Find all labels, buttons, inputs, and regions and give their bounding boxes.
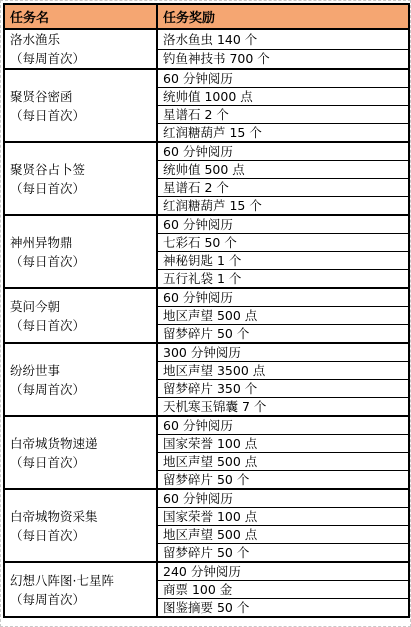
- reward-cell: 五行礼袋 1 个: [157, 270, 409, 289]
- task-name: 白帝城物资采集: [10, 507, 151, 526]
- reward-cell: 图鉴摘要 50 个: [157, 599, 409, 618]
- reward-cell: 红润糖葫芦 15 个: [157, 197, 409, 216]
- reward-cell: 地区声望 500 点: [157, 453, 409, 471]
- task-name: 聚贤谷密函: [10, 87, 151, 106]
- reward-cell: 统帅值 1000 点: [157, 88, 409, 106]
- table-row: 纷纷世事（每周首次）300 分钟阅历: [4, 343, 409, 362]
- reward-cell: 钓鱼神技书 700 个: [157, 49, 409, 69]
- task-frequency: （每周首次）: [10, 380, 151, 399]
- task-name-cell: 白帝城物资采集（每日首次）: [4, 489, 157, 562]
- task-name-cell: 神州异物鼎（每日首次）: [4, 215, 157, 288]
- reward-cell: 留梦碎片 50 个: [157, 325, 409, 344]
- task-frequency: （每日首次）: [10, 106, 151, 125]
- reward-cell: 国家荣誉 100 点: [157, 435, 409, 453]
- header-row: 任务名 任务奖励: [4, 4, 409, 29]
- task-frequency: （每日首次）: [10, 316, 151, 335]
- task-name: 莫问今朝: [10, 297, 151, 316]
- task-frequency: （每日首次）: [10, 453, 151, 472]
- header-task-reward: 任务奖励: [157, 4, 409, 29]
- reward-cell: 洛水鱼虫 140 个: [157, 29, 409, 49]
- reward-cell: 红润糖葫芦 15 个: [157, 124, 409, 143]
- task-reward-table: 任务名 任务奖励 洛水渔乐（每周首次）洛水鱼虫 140 个钓鱼神技书 700 个…: [3, 3, 410, 618]
- task-name-cell: 莫问今朝（每日首次）: [4, 288, 157, 343]
- task-name-cell: 白帝城货物速递（每日首次）: [4, 416, 157, 489]
- reward-cell: 天机寒玉锦囊 7 个: [157, 398, 409, 417]
- reward-cell: 300 分钟阅历: [157, 343, 409, 362]
- task-name-cell: 聚贤谷密函（每日首次）: [4, 69, 157, 142]
- task-name-cell: 纷纷世事（每周首次）: [4, 343, 157, 416]
- table-row: 白帝城物资采集（每日首次）60 分钟阅历: [4, 489, 409, 508]
- reward-cell: 星谱石 2 个: [157, 106, 409, 124]
- table-row: 聚贤谷密函（每日首次）60 分钟阅历: [4, 69, 409, 88]
- reward-cell: 60 分钟阅历: [157, 215, 409, 234]
- header-task-name: 任务名: [4, 4, 157, 29]
- reward-cell: 国家荣誉 100 点: [157, 508, 409, 526]
- reward-cell: 地区声望 500 点: [157, 526, 409, 544]
- reward-cell: 留梦碎片 350 个: [157, 380, 409, 398]
- task-name-cell: 聚贤谷占卜签（每日首次）: [4, 142, 157, 215]
- reward-cell: 60 分钟阅历: [157, 489, 409, 508]
- reward-cell: 60 分钟阅历: [157, 288, 409, 307]
- table-row: 洛水渔乐（每周首次）洛水鱼虫 140 个: [4, 29, 409, 49]
- reward-cell: 60 分钟阅历: [157, 416, 409, 435]
- table-row: 聚贤谷占卜签（每日首次）60 分钟阅历: [4, 142, 409, 161]
- reward-cell: 七彩石 50 个: [157, 234, 409, 252]
- reward-cell: 留梦碎片 50 个: [157, 471, 409, 490]
- task-frequency: （每日首次）: [10, 179, 151, 198]
- task-name: 洛水渔乐: [10, 30, 151, 49]
- reward-cell: 240 分钟阅历: [157, 562, 409, 581]
- task-name: 神州异物鼎: [10, 233, 151, 252]
- task-frequency: （每日首次）: [10, 526, 151, 545]
- screenshot-canvas: 任务名 任务奖励 洛水渔乐（每周首次）洛水鱼虫 140 个钓鱼神技书 700 个…: [0, 0, 411, 627]
- task-frequency: （每周首次）: [10, 590, 151, 609]
- table-row: 莫问今朝（每日首次）60 分钟阅历: [4, 288, 409, 307]
- task-frequency: （每周首次）: [10, 49, 151, 68]
- reward-cell: 统帅值 500 点: [157, 161, 409, 179]
- reward-cell: 星谱石 2 个: [157, 179, 409, 197]
- task-name: 聚贤谷占卜签: [10, 160, 151, 179]
- table-row: 神州异物鼎（每日首次）60 分钟阅历: [4, 215, 409, 234]
- reward-cell: 神秘钥匙 1 个: [157, 252, 409, 270]
- task-table-body: 洛水渔乐（每周首次）洛水鱼虫 140 个钓鱼神技书 700 个聚贤谷密函（每日首…: [4, 29, 409, 617]
- task-name: 幻想八阵图·七星阵: [10, 571, 151, 590]
- table-row: 幻想八阵图·七星阵（每周首次）240 分钟阅历: [4, 562, 409, 581]
- task-name: 白帝城货物速递: [10, 434, 151, 453]
- task-name-cell: 洛水渔乐（每周首次）: [4, 29, 157, 69]
- task-name: 纷纷世事: [10, 361, 151, 380]
- table-row: 白帝城货物速递（每日首次）60 分钟阅历: [4, 416, 409, 435]
- reward-cell: 地区声望 500 点: [157, 307, 409, 325]
- reward-cell: 60 分钟阅历: [157, 142, 409, 161]
- reward-cell: 60 分钟阅历: [157, 69, 409, 88]
- task-name-cell: 幻想八阵图·七星阵（每周首次）: [4, 562, 157, 617]
- task-frequency: （每日首次）: [10, 252, 151, 271]
- reward-cell: 商票 100 金: [157, 581, 409, 599]
- reward-cell: 留梦碎片 50 个: [157, 544, 409, 563]
- reward-cell: 地区声望 3500 点: [157, 362, 409, 380]
